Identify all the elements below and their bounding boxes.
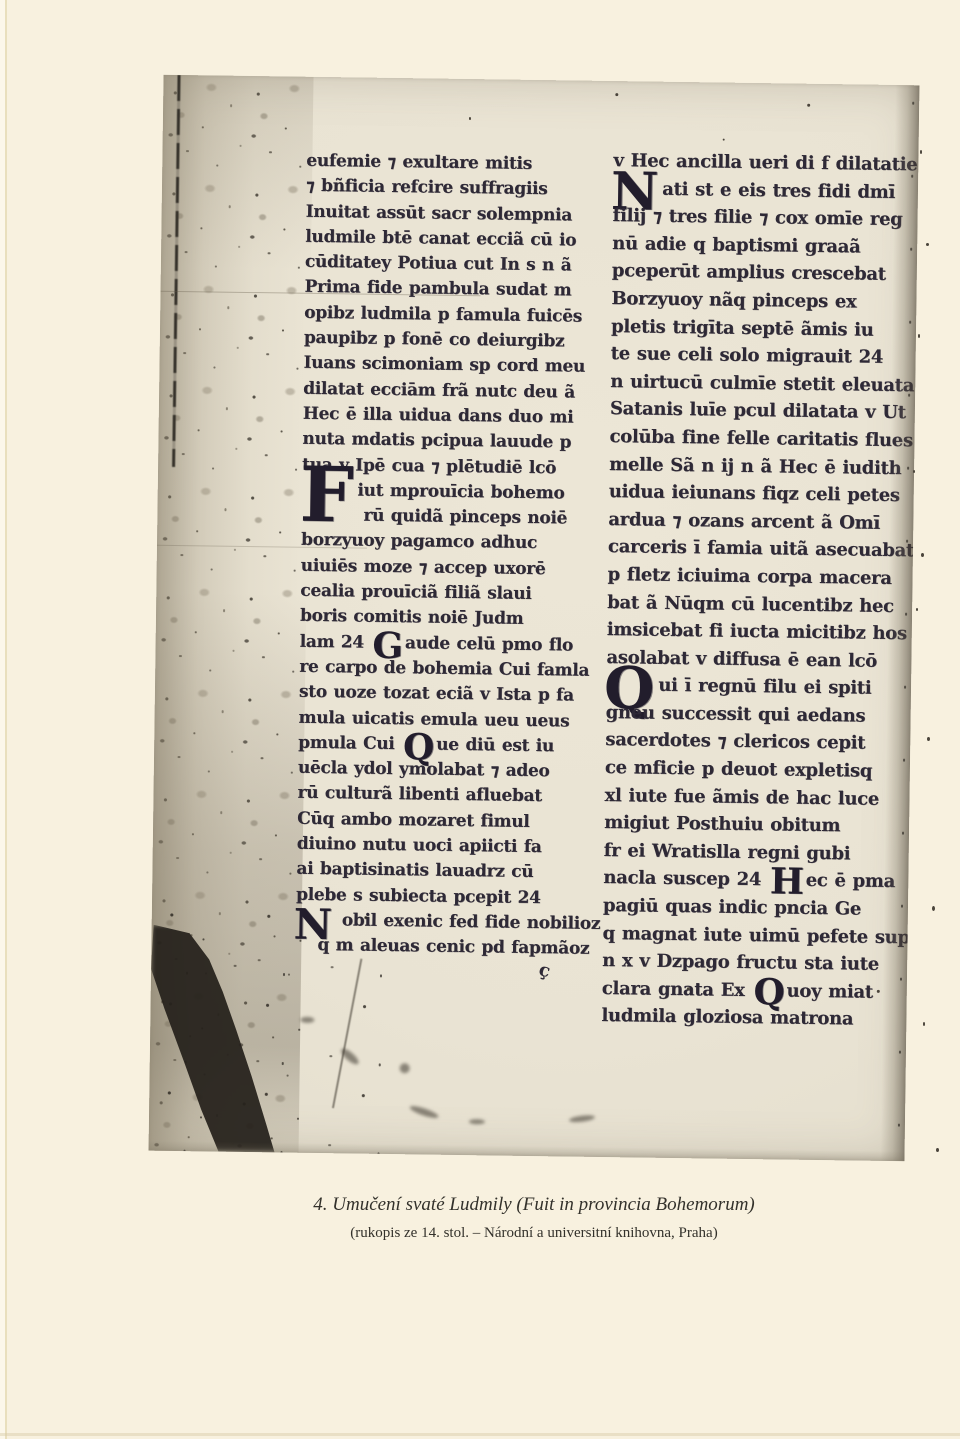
dust-speck bbox=[926, 243, 929, 246]
illuminated-initial: N bbox=[611, 175, 659, 196]
manuscript-line: pceperūt amplius crescebat bbox=[612, 257, 912, 289]
caption-title-line: 4. Umučení svaté Ludmily (Fuit in provin… bbox=[156, 1192, 912, 1218]
dust-speck bbox=[877, 990, 880, 993]
book-page: eufemie ⁊ exultare mitis⁊ bñficia refcir… bbox=[0, 0, 960, 1439]
manuscript-line: Satanis luīe pcul dilatata v Ut bbox=[610, 395, 910, 427]
dust-speck bbox=[916, 608, 918, 611]
illuminated-initial: H bbox=[770, 867, 804, 887]
manuscript-line: migiut Posthuiu obitum bbox=[604, 809, 904, 841]
manuscript-line: colūba fine felle caritatis flues bbox=[609, 423, 909, 455]
manuscript-line: sacerdotes ⁊ clericos cepit bbox=[605, 726, 905, 758]
caption-credit-line: (rukopis ze 14. stol. – Národní a univer… bbox=[156, 1221, 912, 1245]
illuminated-initial: F bbox=[300, 478, 354, 499]
manuscript-right-column: v Hec ancilla ueri di f dilatatieNati st… bbox=[601, 147, 913, 1034]
dust-speck bbox=[936, 1148, 939, 1152]
smudge bbox=[569, 1114, 596, 1123]
manuscript-line: ai baptisinatis lauadrz cū bbox=[296, 857, 616, 887]
manuscript-line: sto uoze tozat eciã v Ista p fa bbox=[299, 680, 619, 710]
dust-speck bbox=[687, 987, 690, 990]
smudge bbox=[400, 1063, 410, 1073]
dust-speck bbox=[932, 906, 935, 911]
manuscript-line: n x v Dzpago fructu sta iute bbox=[602, 947, 902, 979]
dust-speck bbox=[913, 470, 915, 473]
dust-speck bbox=[615, 93, 618, 96]
photo-bottom-shade bbox=[149, 1141, 905, 1162]
manuscript-line: ce mficie p deuot expletisq bbox=[605, 754, 905, 786]
dust-speck bbox=[918, 334, 920, 338]
manuscript-line: Nati st e eis tres fidi dmī bbox=[613, 175, 913, 207]
manuscript-line: gneu successit qui aedans bbox=[605, 699, 905, 731]
manuscript-line: melle Sã n ij n ã Hec ē iudith bbox=[609, 451, 909, 483]
plate-number: 4. bbox=[313, 1194, 327, 1215]
dust-speck bbox=[921, 553, 924, 557]
plate-caption: 4. Umučení svaté Ludmily (Fuit in provin… bbox=[156, 1192, 912, 1245]
dust-speck bbox=[923, 1022, 925, 1026]
manuscript-line: nū adie q baptismi graaã bbox=[612, 230, 912, 262]
manuscript-line: q magnat iute uimū pefete sup bbox=[602, 920, 902, 952]
corner-shadow-speckles bbox=[149, 895, 393, 1154]
manuscript-line: xl iute fue ãmis de hac luce bbox=[604, 782, 904, 814]
manuscript-line: pagiū quas indic pncia Ge bbox=[603, 892, 903, 924]
dust-speck bbox=[920, 150, 922, 154]
illuminated-initial: G bbox=[372, 630, 403, 650]
dust-speck bbox=[469, 117, 471, 120]
manuscript-left-column: eufemie ⁊ exultare mitis⁊ bñficia refcir… bbox=[295, 149, 626, 963]
illuminated-initial: Q bbox=[753, 977, 784, 997]
manuscript-line: uidua ieiunans fiqz celi petes bbox=[609, 478, 909, 510]
page-bottom-edge bbox=[0, 1433, 960, 1436]
manuscript-line: Fiut mprouīcia bohemo bbox=[302, 478, 622, 508]
manuscript-line: Borzyuoy nãq pinceps ex bbox=[611, 285, 911, 317]
smudge bbox=[409, 1104, 440, 1120]
manuscript-line: ludmila gloziosa matrona bbox=[601, 1002, 901, 1034]
manuscript-line: clara gnata Ex Quoy miat bbox=[602, 975, 902, 1007]
plate-title: Umučení svaté Ludmily (Fuit in provincia… bbox=[332, 1194, 755, 1215]
smudge bbox=[469, 1119, 485, 1124]
manuscript-line: p fletz iciuima corpa macera bbox=[607, 561, 907, 593]
dust-speck bbox=[927, 737, 930, 741]
illuminated-initial: Q bbox=[403, 732, 434, 752]
manuscript-line: boris comitis noiē Judm bbox=[300, 604, 620, 634]
manuscript-line: te sue celi solo migrauit 24 bbox=[611, 340, 911, 372]
manuscript-line: ardua ⁊ ozans arcent ã Omī bbox=[608, 506, 908, 538]
manuscript-line: imsicebat fi iucta micitibz hos bbox=[607, 616, 907, 648]
manuscript-line: bat ã Nūqm cū lucentibz hec bbox=[607, 589, 907, 621]
manuscript-line: Qui ī regnū filu ei spiti bbox=[606, 671, 906, 703]
manuscript-photo-plate: eufemie ⁊ exultare mitis⁊ bñficia refcir… bbox=[149, 75, 920, 1161]
page-left-edge-line bbox=[5, 0, 7, 1439]
dust-speck bbox=[807, 104, 810, 107]
dust-speck bbox=[723, 139, 725, 141]
pen-flourish-mark: ç bbox=[537, 959, 553, 982]
manuscript-line: nacla suscep 24 Hec ē pma bbox=[603, 864, 903, 896]
manuscript-line: pletis trigīta septē ãmis iu bbox=[611, 313, 911, 345]
manuscript-line: carceris ī famia uitã asecuabat bbox=[608, 533, 908, 565]
manuscript-line: ⁊ bñficia refcire suffragiis bbox=[306, 174, 626, 204]
manuscript-line: n uirtucū culmīe stetit eleuata bbox=[610, 368, 910, 400]
manuscript-line: fr ei Wratislla regni gubi bbox=[604, 837, 904, 869]
manuscript-line: filij ⁊ tres filie ⁊ cox omīe reg bbox=[612, 202, 912, 234]
smudge bbox=[300, 1017, 314, 1023]
illuminated-initial: Q bbox=[604, 671, 655, 692]
